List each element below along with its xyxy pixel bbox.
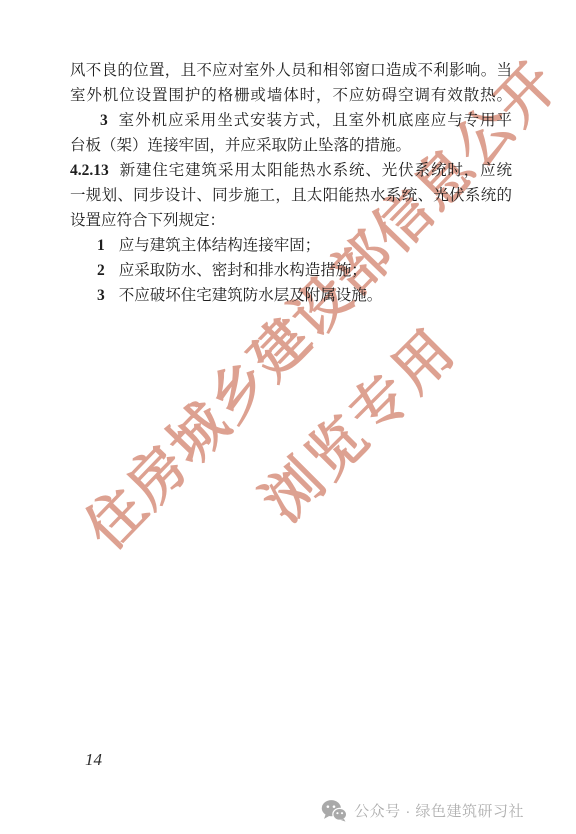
line-number: 3 xyxy=(100,112,108,129)
document-body: 风不良的位置，且不应对室外人员和相邻窗口造成不利影响。当室外机位设置围护的格栅或… xyxy=(70,58,512,308)
body-line: 3室外机应采用坐式安装方式，且室外机底座应与专用平 xyxy=(70,108,512,133)
body-line: 风不良的位置，且不应对室外人员和相邻窗口造成不利影响。当 xyxy=(70,58,512,83)
line-number: 3 xyxy=(97,287,105,304)
footer: 公众号 · 绿色建筑研习社 xyxy=(0,797,524,823)
document-page: 住房城乡建设部信息公开 浏览专用 风不良的位置，且不应对室外人员和相邻窗口造成不… xyxy=(0,0,576,834)
line-text: 台板（架）连接牢固，并应采取防止坠落的措施。 xyxy=(70,137,411,154)
line-text: 风不良的位置，且不应对室外人员和相邻窗口造成不利影响。当 xyxy=(70,62,512,79)
line-text: 应与建筑主体结构连接牢固； xyxy=(119,237,321,254)
line-text: 新建住宅建筑采用太阳能热水系统、光伏系统时，应统 xyxy=(119,162,512,179)
line-text: 室外机位设置围护的格栅或墙体时，不应妨碍空调有效散热。 xyxy=(70,87,512,104)
wechat-icon xyxy=(321,799,347,822)
line-number: 1 xyxy=(97,237,105,254)
body-line: 3不应破坏住宅建筑防水层及附属设施。 xyxy=(70,283,512,308)
body-line: 设置应符合下列规定： xyxy=(70,208,512,233)
watermark-text: 浏览专用 xyxy=(233,298,488,553)
line-number: 4.2.13 xyxy=(70,162,109,179)
body-line: 4.2.13新建住宅建筑采用太阳能热水系统、光伏系统时，应统 xyxy=(70,158,512,183)
body-line: 1应与建筑主体结构连接牢固； xyxy=(70,233,512,258)
body-line: 台板（架）连接牢固，并应采取防止坠落的措施。 xyxy=(70,133,512,158)
line-number: 2 xyxy=(97,262,105,279)
line-text: 应采取防水、密封和排水构造措施； xyxy=(119,262,367,279)
body-line: 室外机位设置围护的格栅或墙体时，不应妨碍空调有效散热。 xyxy=(70,83,512,108)
line-text: 一规划、同步设计、同步施工，且太阳能热水系统、光伏系统的 xyxy=(70,187,512,204)
page-number: 14 xyxy=(85,750,102,770)
footer-label: 公众号 · 绿色建筑研习社 xyxy=(354,800,524,821)
line-text: 室外机应采用坐式安装方式，且室外机底座应与专用平 xyxy=(118,112,512,129)
body-line: 一规划、同步设计、同步施工，且太阳能热水系统、光伏系统的 xyxy=(70,183,512,208)
line-text: 设置应符合下列规定： xyxy=(70,212,225,229)
line-text: 不应破坏住宅建筑防水层及附属设施。 xyxy=(119,287,383,304)
body-line: 2应采取防水、密封和排水构造措施； xyxy=(70,258,512,283)
